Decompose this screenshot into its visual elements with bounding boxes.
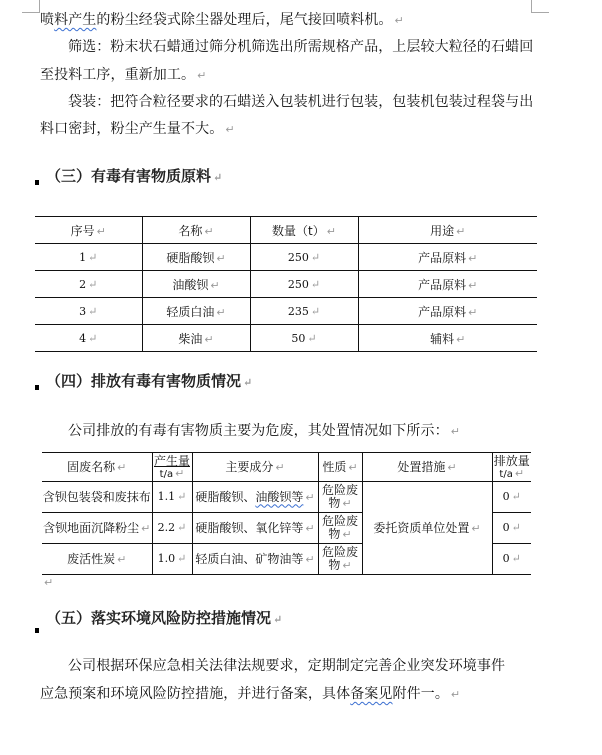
table-row: 3↵ 轻质白油↵ 235↵ 产品原料↵: [35, 298, 537, 325]
paragraph-mark-icon: ↵: [213, 171, 222, 184]
cell-name: 柴油↵: [142, 325, 250, 352]
cell-quantity: 250↵: [250, 244, 358, 271]
paragraph-risk-line2: 应急预案和环境风险防控措施，并进行备案，具体备案见附件一。↵: [40, 684, 460, 705]
cell-composition: 硬脂酸钡、氧化锌等↵: [192, 513, 318, 544]
cell-index: 2↵: [35, 271, 142, 298]
header-cell-usage: 用途↵: [358, 217, 537, 244]
heading-bullet-icon: [35, 385, 39, 390]
header-cell-index: 序号↵: [35, 217, 142, 244]
cell-waste-name: 含钡包装袋和废抹布: [42, 482, 152, 513]
cell-nature: 危险废物↵: [318, 513, 362, 544]
header-cell-nature: 性质↵: [318, 453, 362, 482]
heading-text: （三）有毒有害物质原料: [46, 167, 211, 185]
paragraph-screening-line2: 至投料工序，重新加工。↵: [40, 65, 206, 86]
cell-usage: 产品原料↵: [358, 271, 537, 298]
cell-usage: 产品原料↵: [358, 298, 537, 325]
section-heading-4: （四）排放有毒有害物质情况↵: [46, 370, 252, 394]
paragraph-packing-line2: 料口密封，粉尘产生量不大。↵: [40, 119, 235, 140]
spellcheck-underlined-text: 备案见: [350, 686, 392, 702]
paragraph-mark-icon: ↵: [451, 688, 460, 701]
table-row: 2↵ 油酸钡↵ 250↵ 产品原料↵: [35, 271, 537, 298]
cell-composition: 轻质白油、矿物油等↵: [192, 544, 318, 575]
heading-text: （五）落实环境风险防控措施情况: [46, 609, 271, 627]
cell-discharge-amount: 0↵: [492, 544, 531, 575]
cell-generated-amount: 1.1↵: [152, 482, 192, 513]
text-span: 附件一。: [393, 686, 449, 702]
cell-usage: 辅料↵: [358, 325, 537, 352]
spellcheck-underlined-text: 油酸钡等: [255, 490, 303, 504]
header-cell-quantity: 数量（t）↵: [250, 217, 358, 244]
table-row: 含钡包装袋和废抹布 1.1↵ 硬脂酸钡、油酸钡等↵ 危险废物↵ 委托资质单位处置…: [42, 482, 531, 513]
paragraph-mark-icon: ↵: [243, 376, 252, 389]
header-cell-name: 名称↵: [142, 217, 250, 244]
cell-composition: 硬脂酸钡、油酸钡等↵: [192, 482, 318, 513]
heading-bullet-icon: [35, 180, 39, 185]
paragraph-disposal-intro: 公司排放的有毒有害物质主要为危废，其处置情况如下所示：↵: [68, 421, 460, 442]
cell-usage: 产品原料↵: [358, 244, 537, 271]
table-row: 1↵ 硬脂酸钡↵ 250↵ 产品原料↵: [35, 244, 537, 271]
header-cell-composition: 主要成分↵: [192, 453, 318, 482]
header-cell-generated-amount: 产生量t/a↵: [152, 453, 192, 482]
raw-materials-table: 序号↵ 名称↵ 数量（t）↵ 用途↵ 1↵ 硬脂酸钡↵ 250↵ 产品原料↵ 2…: [35, 216, 537, 352]
text-span: 公司排放的有毒有害物质主要为危废，其处置情况如下所示：: [68, 423, 449, 439]
page-corner-mark-top-left: [22, 0, 40, 13]
hazardous-waste-table: 固废名称↵ 产生量t/a↵ 主要成分↵ 性质↵ 处置措施↵ 排放量t/a↵ 含钡…: [42, 452, 531, 575]
text-span: 料口密封，粉尘产生量不大。: [40, 121, 223, 137]
table-row: 4↵ 柴油↵ 50↵ 辅料↵: [35, 325, 537, 352]
cell-quantity: 50↵: [250, 325, 358, 352]
header-cell-waste-name: 固废名称↵: [42, 453, 152, 482]
heading-text: （四）排放有毒有害物质情况: [46, 372, 241, 390]
cell-nature: 危险废物↵: [318, 544, 362, 575]
cell-index: 4↵: [35, 325, 142, 352]
paragraph-mark-icon: ↵: [273, 613, 282, 626]
section-heading-5: （五）落实环境风险防控措施情况↵: [46, 607, 282, 631]
paragraph-mark-icon: ↵: [44, 576, 53, 589]
text-span: 应急预案和环境风险防控措施，并进行备案，具体: [40, 686, 350, 702]
header-cell-disposal: 处置措施↵: [362, 453, 492, 482]
spellcheck-underlined-text: 料产生: [54, 12, 96, 28]
paragraph-mark-icon: ↵: [197, 69, 206, 82]
cell-generated-amount: 1.0↵: [152, 544, 192, 575]
cell-waste-name: 含钡地面沉降粉尘↵: [42, 513, 152, 544]
cell-disposal-merged: 委托资质单位处置↵: [362, 482, 492, 575]
paragraph-risk-line1: 公司根据环保应急相关法律法规要求，定期制定完善企业突发环境事件: [68, 656, 505, 676]
text-span: 的粉尘经袋式除尘器处理后，尾气接回喷料机。: [96, 12, 392, 28]
cell-quantity: 235↵: [250, 298, 358, 325]
page-corner-mark-top-right: [531, 0, 549, 13]
paragraph-mark-icon: ↵: [395, 14, 404, 27]
cell-index: 1↵: [35, 244, 142, 271]
paragraph-screening-line1: 筛选：粉末状石蜡通过筛分机筛选出所需规格产品，上层较大粒径的石蜡回: [68, 37, 533, 57]
cell-waste-name: 废活性炭↵: [42, 544, 152, 575]
cell-discharge-amount: 0↵: [492, 513, 531, 544]
text-span: 喷: [40, 12, 54, 28]
cell-name: 轻质白油↵: [142, 298, 250, 325]
cell-generated-amount: 2.2↵: [152, 513, 192, 544]
cell-discharge-amount: 0↵: [492, 482, 531, 513]
table-header-row: 序号↵ 名称↵ 数量（t）↵ 用途↵: [35, 217, 537, 244]
paragraph-packing-line1: 袋装：把符合粒径要求的石蜡送入包装机进行包装，包装机包装过程袋与出: [68, 92, 533, 112]
paragraph-mark-icon: ↵: [225, 123, 234, 136]
table-header-row: 固废名称↵ 产生量t/a↵ 主要成分↵ 性质↵ 处置措施↵ 排放量t/a↵: [42, 453, 531, 482]
header-cell-discharge-amount: 排放量t/a↵: [492, 453, 531, 482]
cell-quantity: 250↵: [250, 271, 358, 298]
text-span: 至投料工序，重新加工。: [40, 67, 195, 83]
cell-name: 硬脂酸钡↵: [142, 244, 250, 271]
cell-name: 油酸钡↵: [142, 271, 250, 298]
paragraph-spray-line: 喷料产生的粉尘经袋式除尘器处理后，尾气接回喷料机。↵: [40, 10, 404, 31]
section-heading-3: （三）有毒有害物质原料↵: [46, 165, 222, 189]
cell-nature: 危险废物↵: [318, 482, 362, 513]
heading-bullet-icon: [35, 628, 39, 633]
cell-index: 3↵: [35, 298, 142, 325]
